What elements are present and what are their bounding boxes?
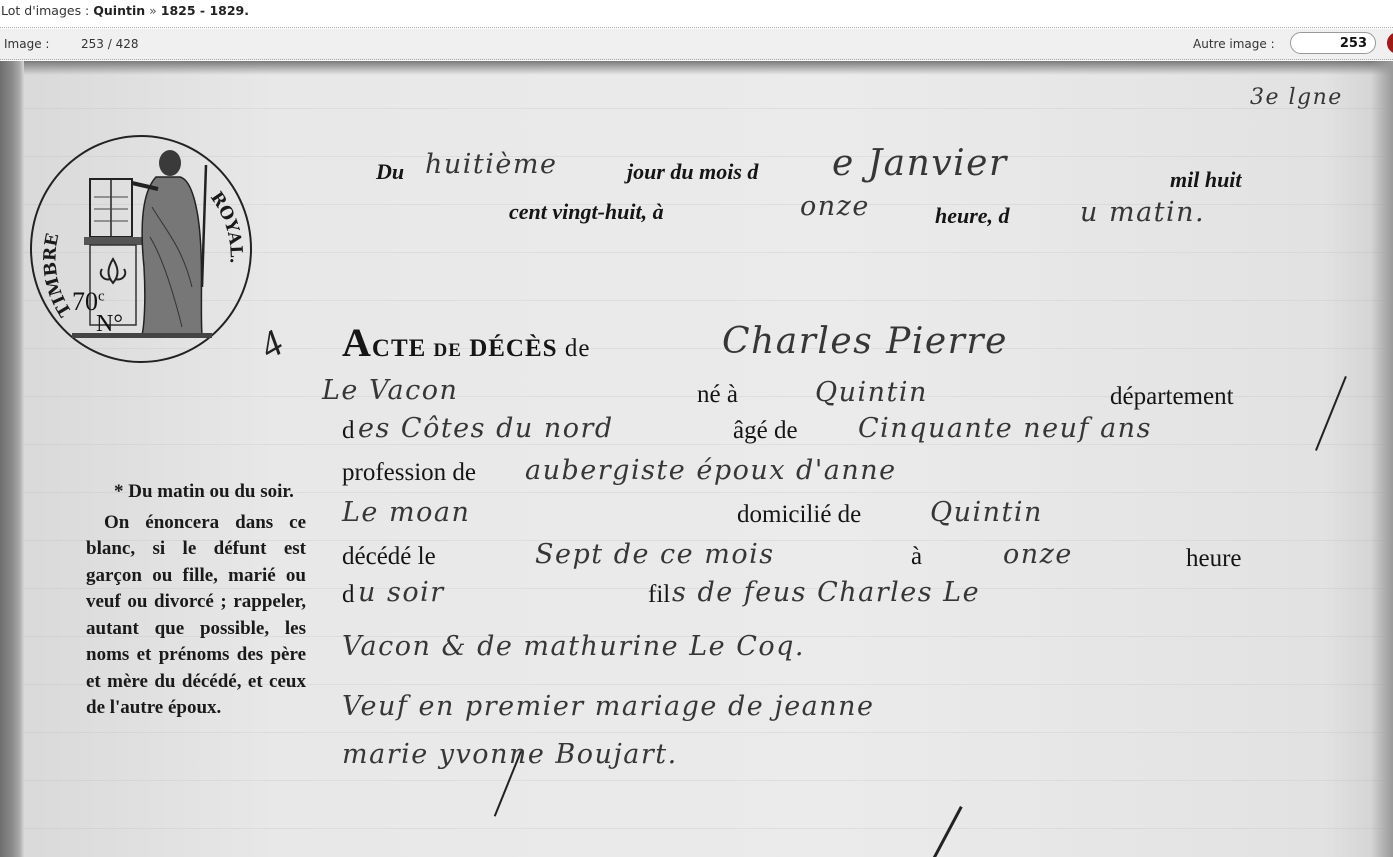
svg-text:TIMBRE: TIMBRE (40, 232, 76, 320)
scanned-page: TIMBRE ROYAL. (0, 61, 1393, 857)
lot-title-bar: Lot d'images : Quintin » 1825 - 1829. (0, 0, 1393, 28)
page-binding-shadow (0, 61, 24, 857)
goto-image-button[interactable] (1387, 32, 1393, 54)
act-title-rest: CTE (372, 335, 426, 362)
death-date: Sept de ce mois (535, 539, 775, 570)
stamp-value-number: 70 (72, 287, 98, 316)
timbre-royal-stamp: TIMBRE ROYAL. (30, 135, 252, 363)
side-note-instructions: On énoncera dans ce blanc, si le défunt … (86, 510, 306, 722)
deceased-age: Cinquante neuf ans (858, 413, 1152, 444)
printed-heure: heure (1186, 545, 1242, 573)
stamp-figure-icon: TIMBRE ROYAL. (32, 137, 254, 365)
pen-stroke (932, 806, 963, 857)
stamp-value-unit: c (98, 288, 105, 304)
page-right-shadow (1371, 61, 1393, 857)
previous-marriage-line-2: marie yvonne Boujart. (342, 739, 678, 770)
stamp-right-text: ROYAL. (206, 188, 246, 264)
act-title: ACTE DE DÉCÈS de (342, 319, 590, 366)
deceased-given-names: Charles Pierre (722, 321, 1008, 362)
date-printed-cent-vingt-huit: cent vingt-huit, à (509, 199, 664, 225)
birth-place: Quintin (815, 377, 928, 408)
domicile-place: Quintin (930, 497, 1043, 528)
lot-place: Quintin (93, 3, 145, 18)
parents-line-2: Vacon & de mathurine Le Coq. (342, 631, 805, 662)
department-name: es Côtes du nord (358, 413, 614, 444)
stamp-left-text: TIMBRE (40, 232, 76, 320)
date-printed-heure: heure, d (935, 203, 1010, 229)
image-counter: 253 / 428 (81, 37, 138, 51)
date-hand-day: huitième (425, 149, 557, 180)
svg-text:ROYAL.: ROYAL. (206, 188, 246, 264)
act-title-deces: DÉCÈS (469, 335, 557, 362)
deceased-surname: Le Vacon (322, 375, 458, 406)
corner-note: 3e lgne (1250, 85, 1343, 110)
date-hand-hour: onze (800, 191, 870, 222)
image-viewer[interactable]: TIMBRE ROYAL. (0, 61, 1393, 857)
date-hand-matin: u matin. (1080, 197, 1205, 228)
printed-ne-a: né à (697, 381, 738, 409)
profession-and-spouse: aubergiste époux d'anne (525, 455, 897, 486)
printed-a: à (911, 543, 922, 571)
printed-fil: fil (648, 581, 670, 609)
date-printed-jour: jour du mois d (627, 159, 758, 185)
printed-d-soir: d (342, 581, 355, 609)
printed-departement: département (1110, 383, 1234, 411)
pen-stroke (1315, 376, 1347, 451)
date-printed-du: Du (376, 159, 404, 185)
margin-act-number: 4 (252, 321, 290, 369)
image-label: Image : (4, 37, 49, 51)
printed-age-de: âgé de (733, 417, 798, 445)
printed-d: d (342, 417, 355, 445)
death-time-of-day: u soir (358, 577, 445, 608)
date-hand-month: e Janvier (832, 143, 1008, 184)
goto-image-label: Autre image : (1193, 37, 1275, 51)
spouse-surname: Le moan (342, 497, 470, 528)
death-hour: onze (1003, 539, 1073, 570)
printed-domicilie-de: domicilié de (737, 501, 861, 529)
lot-period: 1825 - 1829. (161, 3, 249, 18)
act-title-suffix: de (565, 335, 591, 362)
breadcrumb-separator: » (149, 3, 157, 18)
stamp-number-mark: N° (96, 311, 123, 338)
act-title-de: DE (434, 340, 462, 361)
printed-profession-de: profession de (342, 459, 476, 487)
printed-decede-le: décédé le (342, 543, 436, 571)
date-printed-mil-huit: mil huit (1170, 167, 1242, 193)
side-note-time: * Du matin ou du soir. (86, 479, 306, 506)
image-navigation-bar: Image : 253 / 428 Autre image : (0, 29, 1393, 60)
previous-marriage-line-1: Veuf en premier mariage de jeanne (342, 691, 875, 722)
act-title-initial: A (342, 320, 372, 365)
lot-prefix: Lot d'images : (1, 3, 89, 18)
parents-line-1: s de feus Charles Le (672, 577, 980, 608)
page-top-shadow (0, 61, 1393, 75)
goto-image-input[interactable] (1290, 32, 1376, 54)
printed-side-note: * Du matin ou du soir. On énoncera dans … (86, 479, 306, 726)
